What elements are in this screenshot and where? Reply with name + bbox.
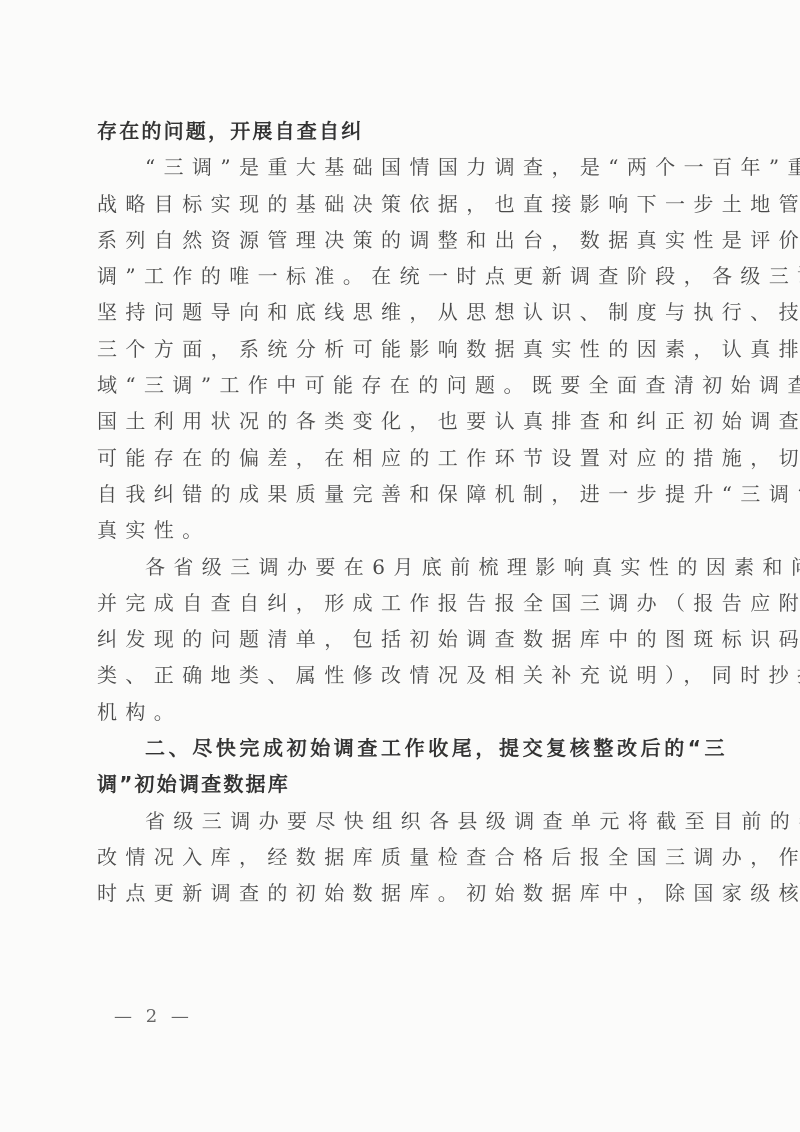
paragraph-line: 国土利用状况的各类变化，也要认真排查和纠正初始调查阶段仍 <box>97 403 697 439</box>
paragraph-line: 并完成自查自纠，形成工作报告报全国三调办（报告应附自查自 <box>97 585 697 621</box>
paragraph-line: 改情况入库，经数据库质量检查合格后报全国三调办，作为统一 <box>97 839 697 875</box>
paragraph-line: “三调”是重大基础国情国力调查，是“两个一百年”重大 <box>97 149 697 185</box>
heading-line: 存在的问题，开展自查自纠 <box>97 113 697 149</box>
section-heading-line: 二、尽快完成初始调查工作收尾，提交复核整改后的“三 <box>97 730 697 766</box>
paragraph-line: 各省级三调办要在6月底前梳理影响真实性的因素和问题， <box>97 549 697 585</box>
paragraph-line: 纠发现的问题清单，包括初始调查数据库中的图斑标识码、原地 <box>97 621 697 657</box>
paragraph-line: 时点更新调查的初始数据库。初始数据库中，除国家级核查反馈 <box>97 875 697 911</box>
paragraph-line: 调”工作的唯一标准。在统一时点更新调查阶段，各级三调办要 <box>97 258 697 294</box>
paragraph-line: 自我纠错的成果质量完善和保障机制，进一步提升“三调”数据 <box>97 476 697 512</box>
section-heading-line: 调”初始调查数据库 <box>97 766 697 802</box>
page-number: — 2 — <box>114 1006 193 1027</box>
paragraph-line: 域“三调”工作中可能存在的问题。既要全面查清初始调查以来 <box>97 367 697 403</box>
paragraph-line: 类、正确地类、属性修改情况及相关补充说明），同时抄报督察 <box>97 657 697 693</box>
paragraph-line: 可能存在的偏差，在相应的工作环节设置对应的措施，切实形成 <box>97 440 697 476</box>
paragraph-line: 省级三调办要尽快组织各县级调查单元将截至目前的各类整 <box>97 803 697 839</box>
paragraph-line: 坚持问题导向和底线思维，从思想认识、制度与执行、技术保障 <box>97 294 697 330</box>
paragraph-line: 系列自然资源管理决策的调整和出台，数据真实性是评价“三 <box>97 222 697 258</box>
paragraph-line: 真实性。 <box>97 512 697 548</box>
document-body: 存在的问题，开展自查自纠 “三调”是重大基础国情国力调查，是“两个一百年”重大 … <box>97 113 697 912</box>
document-page: 存在的问题，开展自查自纠 “三调”是重大基础国情国力调查，是“两个一百年”重大 … <box>0 0 800 1132</box>
paragraph-line: 三个方面，系统分析可能影响数据真实性的因素，认真排查本区 <box>97 331 697 367</box>
paragraph-line: 机构。 <box>97 694 697 730</box>
paragraph-line: 战略目标实现的基础决策依据，也直接影响下一步土地管理等一 <box>97 186 697 222</box>
